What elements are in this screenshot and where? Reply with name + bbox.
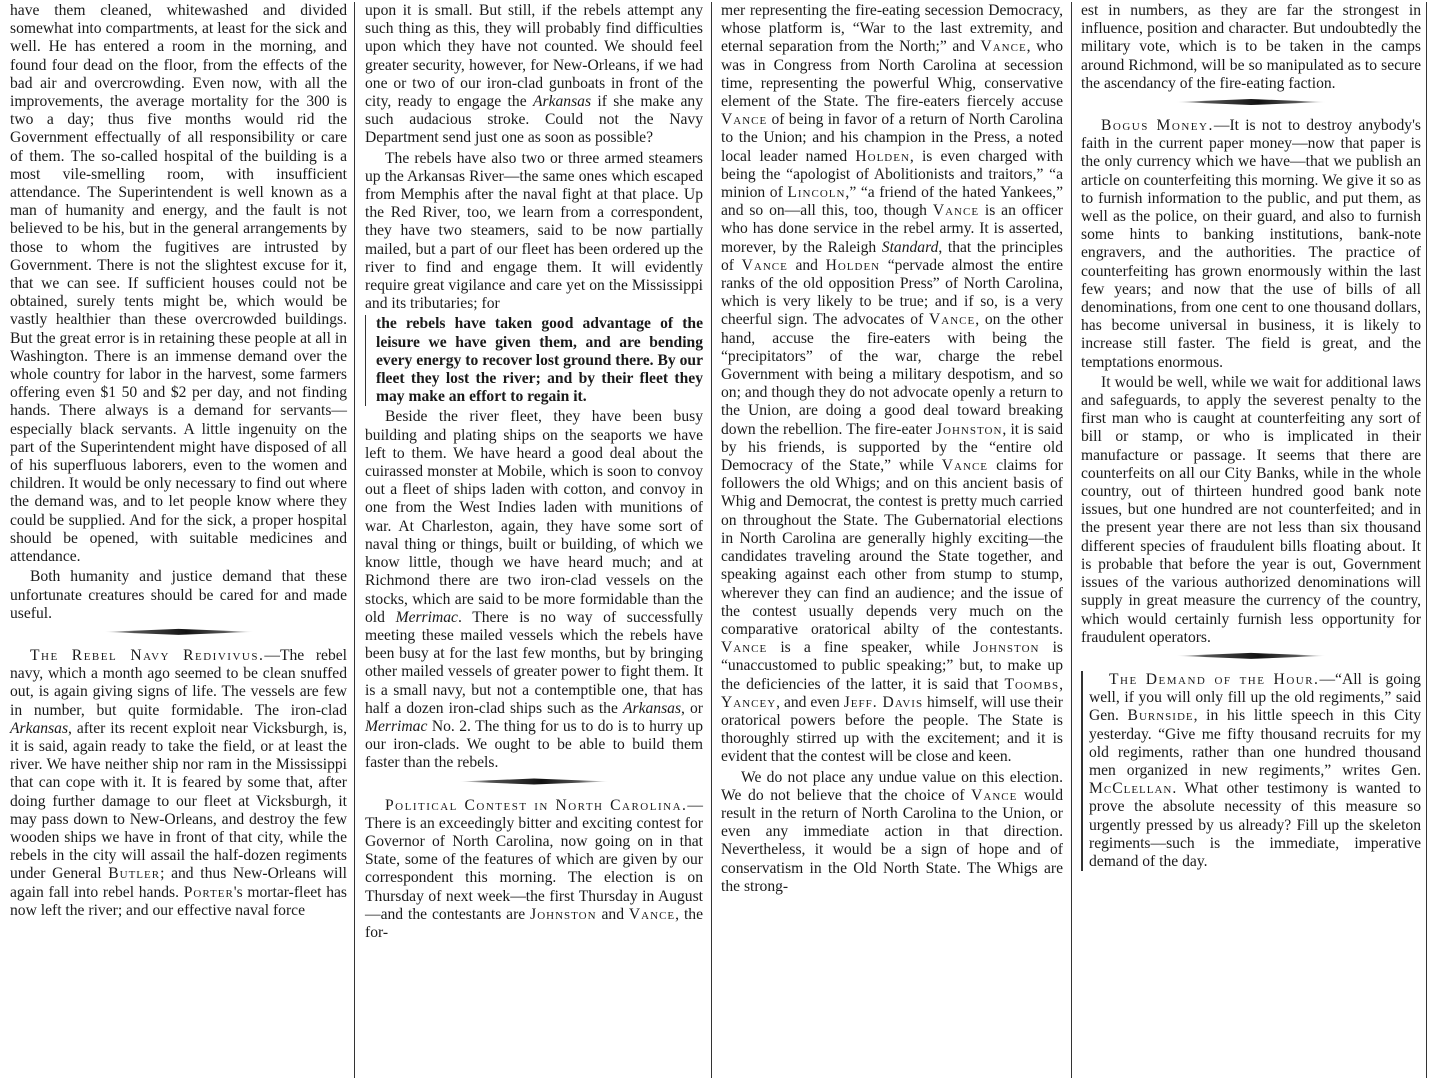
ship-name: Arkansas [533, 93, 591, 110]
counterfeit-penalty-paragraph: It would be well, while we wait for addi… [1081, 374, 1421, 647]
political-contest-article: Political Contest in North Carolina.—The… [365, 797, 703, 943]
person-name: Yancey [721, 694, 776, 711]
article-heading: Bogus Money. [1101, 117, 1214, 134]
article-text: —It is not to destroy anybody's faith in… [1081, 117, 1421, 371]
person-name: Vance [942, 457, 988, 474]
person-name: Burnside [1128, 707, 1194, 724]
article-text: , or [681, 700, 703, 717]
person-name: Johnston [530, 906, 596, 923]
article-text: is a fine speaker, while [767, 639, 973, 656]
ship-name: Merrimac [365, 718, 427, 735]
contraband-paragraph: have them cleaned, whitewashed and divid… [10, 2, 347, 566]
election-value-paragraph: We do not place any undue value on this … [721, 769, 1063, 896]
article-heading: The Demand of the Hour. [1109, 671, 1319, 688]
section-divider [1176, 651, 1326, 661]
person-name: Holden [826, 257, 881, 274]
river-fleet-paragraph: Beside the river fleet, they have been b… [365, 408, 703, 772]
column-1: have them cleaned, whitewashed and divid… [0, 2, 355, 1080]
newspaper-name: Standard [882, 239, 939, 256]
section-divider [1176, 97, 1326, 107]
column-rule [711, 2, 712, 1078]
person-name: Lincoln [787, 184, 845, 201]
ship-name: Merrimac [396, 609, 458, 626]
person-name: Vance [980, 38, 1026, 55]
navy-continued-paragraph: upon it is small. But still, if the rebe… [365, 2, 703, 148]
whigs-continued-paragraph: est in numbers, as they are far the stro… [1081, 2, 1421, 93]
person-name: Johnston [936, 421, 1002, 438]
newspaper-page: have them cleaned, whitewashed and divid… [0, 0, 1429, 1080]
bold-passage: the rebels have taken good advantage of … [365, 315, 703, 406]
person-name: Vance [971, 787, 1017, 804]
person-name: Holden [855, 148, 910, 165]
column-rule [1071, 2, 1072, 1078]
column-4: est in numbers, as they are far the stro… [1071, 2, 1429, 1080]
ship-name: Arkansas [10, 720, 68, 737]
section-divider [459, 777, 609, 787]
article-text: , [1059, 676, 1063, 693]
article-text: and [597, 906, 629, 923]
column-rule [1426, 2, 1427, 1078]
contest-continued-paragraph: mer representing the fire-eating secessi… [721, 2, 1063, 767]
person-name: Toombs [1004, 676, 1059, 693]
person-name: Porter [184, 884, 234, 901]
bogus-money-article: Bogus Money.—It is not to destroy anybod… [1081, 117, 1421, 372]
person-name: Vance [742, 257, 788, 274]
article-text: claims for followers the old Whigs; and … [721, 457, 1063, 638]
column-2: upon it is small. But still, if the rebe… [355, 2, 711, 1080]
person-name: Vance [629, 906, 675, 923]
person-name: Johnston [973, 639, 1039, 656]
article-text: , after its recent exploit near Vicksbur… [10, 720, 347, 883]
article-text: and [788, 257, 826, 274]
person-name: Vance [929, 311, 975, 328]
person-name: Butler [108, 865, 160, 882]
demand-of-hour-article: The Demand of the Hour.—“All is going we… [1081, 671, 1421, 871]
column-3: mer representing the fire-eating secessi… [711, 2, 1071, 1080]
person-name: Jeff. Davis [844, 694, 923, 711]
person-name: Vance [933, 202, 979, 219]
article-text: , and even [776, 694, 844, 711]
person-name: Vance [721, 111, 767, 128]
column-rule [354, 2, 355, 1078]
section-divider [104, 627, 254, 637]
rebel-navy-article: The Rebel Navy Redivivus.—The rebel navy… [10, 647, 347, 920]
armed-steamers-paragraph: The rebels have also two or three armed … [365, 150, 703, 314]
article-text: , on the other hand, accuse the fire-eat… [721, 311, 1063, 437]
humanity-paragraph: Both humanity and justice demand that th… [10, 568, 347, 623]
ship-name: Arkansas [623, 700, 681, 717]
article-text: Beside the river fleet, they have been b… [365, 408, 703, 625]
person-name: Vance [721, 639, 767, 656]
article-heading: Political Contest in North Carolina. [385, 797, 687, 814]
article-text: —There is an exceedingly bitter and exci… [365, 797, 703, 923]
person-name: McClellan [1089, 780, 1172, 797]
article-heading: The Rebel Navy Redivivus. [30, 647, 264, 664]
